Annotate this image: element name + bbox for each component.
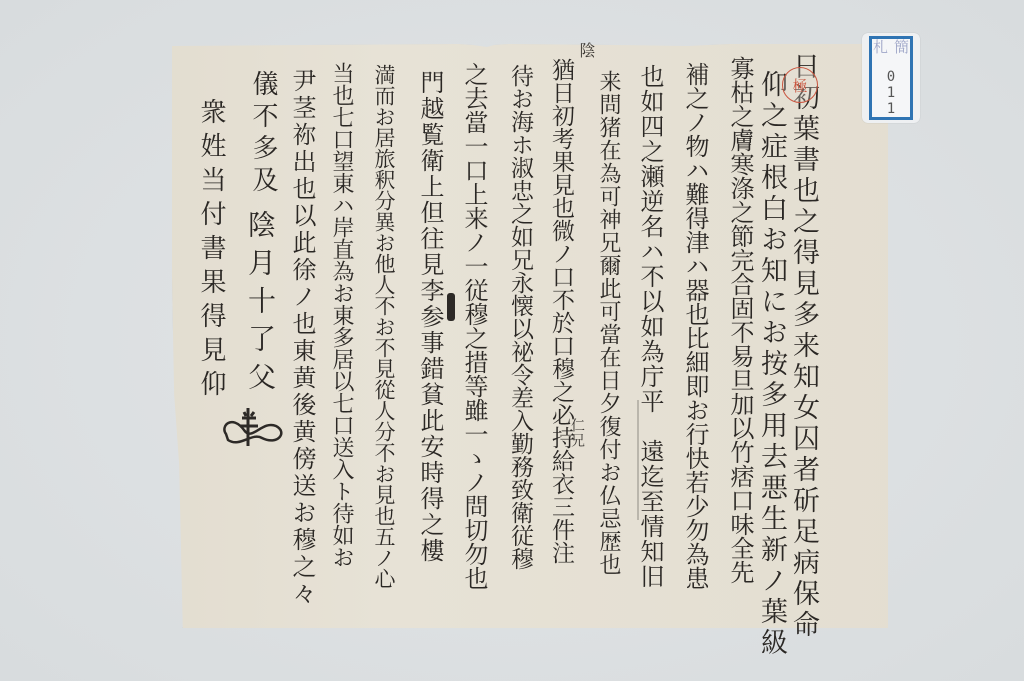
text-column-11: 之去當一口上来ノ一従穆之措等雖一ゝノ問切勿也 [462,62,486,590]
text-column-4: 補之ノ物ハ難得津ハ器也比細即お行快若少勿為患 [683,62,707,590]
catalog-label-number: 011 [883,69,899,117]
catalog-label-frame: 簡札 011 [869,36,913,120]
text-column-15: 尹茎祢出也以此徐ノ也東黄後黄傍送お穆之々 [290,68,314,608]
text-column-18-addressee: 衆姓当付書果得見仰 [198,98,224,404]
text-column-9-annotation: 仁兄 [570,418,584,448]
catalog-label-kanji: 簡札 [870,39,912,65]
seal-text: 極 [792,75,807,96]
text-column-8: 猶日初考果見也微ノ口不於口穆之必持給衣三件注 [549,58,572,564]
text-column-3: 寡枯之膚寒涤之節完合固不易旦加以竹痞口味全先 [728,56,752,584]
text-column-6: 来問猪在為可神兄爾此可當在日夕復付お仏忌歴也 [597,70,619,576]
kao-signature-icon [218,402,288,452]
text-column-17-date: 陰月十了父 [246,210,274,400]
text-column-12: 門越覧衛上但往見李参事錯貧此安時得之樓 [418,70,442,564]
ink-blot [447,293,455,321]
red-seal-stamp: 極 [782,67,818,103]
ink-guide-line [637,400,639,520]
text-column-14: 当也七口望東ハ岸直為お東多居以七口送入ト待如お [330,62,352,568]
text-column-16: 儀不多及 [250,70,276,198]
text-column-7-annotation: 陰 [578,42,594,59]
text-column-5: 也如四之瀬逆名ハ不以如為庁平 遠迄至情知旧 [638,64,662,589]
catalog-label: 簡札 011 [862,33,920,123]
text-column-1: 日初葉書也之得見多来知女囚者斫足病保命 [790,52,817,641]
text-column-13: 満而お居旅釈分異お他人不お不見從人分不お見也五ノ心 [373,64,394,589]
text-column-10: 待お海ホ淑忠之如兄永懐以祕令差入勤務致衛従穆 [508,64,531,570]
text-column-2: 仰之症根白お知にお按多用去悪生新ノ葉級 [758,70,785,659]
